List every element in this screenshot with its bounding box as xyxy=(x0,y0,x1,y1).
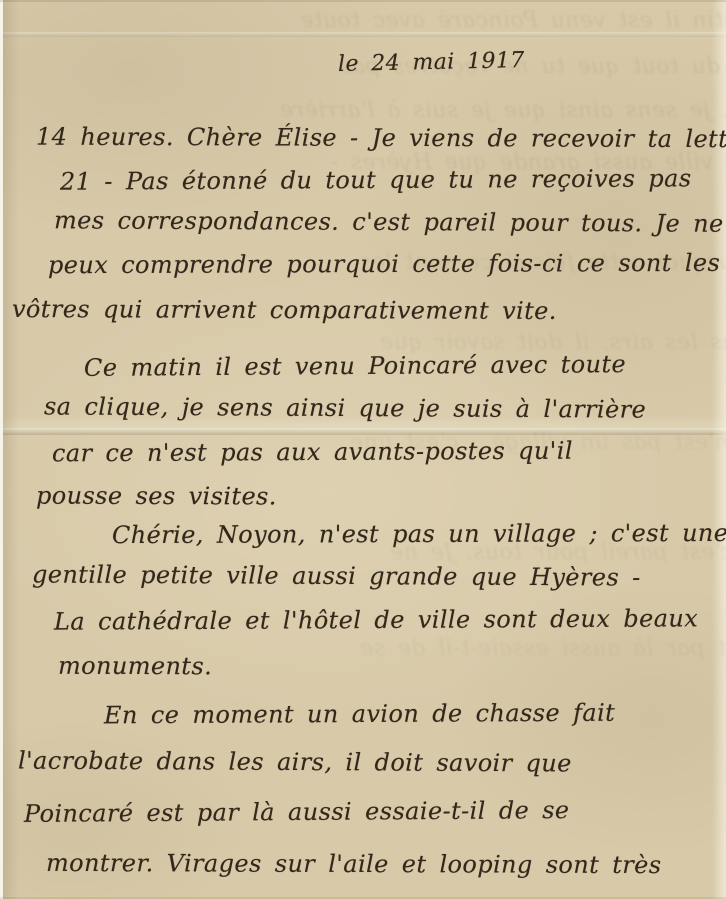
letter-line: La cathédrale et l'hôtel de ville sont d… xyxy=(54,604,698,635)
letter-line: peux comprendre pourquoi cette fois-ci c… xyxy=(48,249,720,279)
letter-line: En ce moment un avion de chasse fait xyxy=(104,699,615,730)
letter-line: gentille petite ville aussi grande que H… xyxy=(32,560,641,591)
letter-line: monuments. xyxy=(58,652,212,681)
fold-crease-top xyxy=(0,32,726,37)
ink-bleedthrough: sa clique, je sens ainsi que je suis à l… xyxy=(280,98,726,123)
letter-line: Ce matin il est venu Poincaré avec toute xyxy=(84,350,626,382)
ink-bleedthrough: Poincaré est par là aussi essaie-t-il de… xyxy=(360,636,726,661)
letter-line: mes correspondances. c'est pareil pour t… xyxy=(54,206,724,238)
paper-edge-top xyxy=(0,0,726,2)
letter-line: Poincaré est par là aussi essaie-t-il de… xyxy=(24,796,570,828)
fold-crease-middle xyxy=(0,428,726,435)
letter-line: 21 - Pas étonné du tout que tu ne reçoiv… xyxy=(60,164,692,195)
paper-edge-left-shadow xyxy=(3,0,19,899)
letter-page: Ce matin il est venu Poincaré avec toute… xyxy=(0,0,726,899)
letter-line: sa clique, je sens ainsi que je suis à l… xyxy=(44,392,646,423)
ink-bleedthrough: Ce matin il est venu Poincaré avec toute xyxy=(300,8,726,33)
letter-line: vôtres qui arrivent comparativement vite… xyxy=(12,295,557,325)
letter-line: montrer. Virages sur l'aile et looping s… xyxy=(46,849,662,879)
letter-line: 14 heures. Chère Élise - Je viens de rec… xyxy=(36,123,726,154)
letter-line: l'acrobate dans les airs, il doit savoir… xyxy=(18,747,572,778)
letter-date: le 24 mai 1917 xyxy=(338,48,525,77)
letter-line: Chérie, Noyon, n'est pas un village ; c'… xyxy=(112,519,726,549)
letter-line: car ce n'est pas aux avants-postes qu'il xyxy=(52,437,573,468)
letter-line: pousse ses visites. xyxy=(36,482,277,511)
